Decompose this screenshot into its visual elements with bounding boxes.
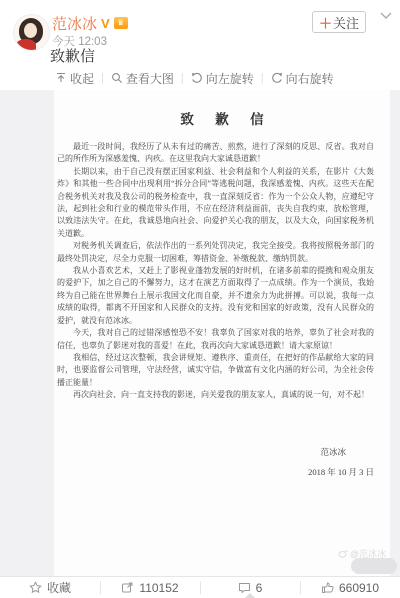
repost-count: 110152 xyxy=(139,581,178,595)
magnifier-icon xyxy=(111,72,123,84)
chevron-down-icon[interactable] xyxy=(378,10,394,22)
like-button[interactable]: 660910 xyxy=(300,577,400,598)
collapse-button[interactable]: 收起 xyxy=(55,70,94,87)
comment-count: 6 xyxy=(256,581,263,595)
collapse-up-icon xyxy=(55,72,67,84)
letter-signature-block: 范冰冰 2018 年 10 月 3 日 xyxy=(54,442,390,482)
letter-paragraph: 对税务机关调查后，依法作出的一系列处罚决定，我完全接受。我将按照税务部门的最终处… xyxy=(57,240,374,265)
collapse-label: 收起 xyxy=(70,70,94,87)
post-text: 致歉信 xyxy=(50,45,95,66)
repost-icon xyxy=(121,581,134,594)
comment-button[interactable]: 6 xyxy=(200,577,300,598)
follow-label: 关注 xyxy=(333,13,359,32)
star-icon xyxy=(29,581,42,594)
verified-v-icon: V xyxy=(101,16,110,31)
username-row: 范冰冰 V ♛ xyxy=(52,14,128,32)
letter-title: 致 歉 信 xyxy=(54,108,390,128)
username[interactable]: 范冰冰 xyxy=(52,13,97,34)
repost-button[interactable]: 110152 xyxy=(100,577,200,598)
image-toolbar: 收起 | 查看大图 | 向左旋转 | 向右旋转 xyxy=(0,66,400,90)
avatar[interactable] xyxy=(13,14,50,51)
weibo-logo-icon xyxy=(338,549,348,558)
like-count: 660910 xyxy=(339,581,379,595)
weibo-post-screen: 范冰冰 V ♛ 今天 12:03 致歉信 ＋ 关注 收起 | 查看大图 | xyxy=(0,0,400,598)
view-large-button[interactable]: 查看大图 xyxy=(111,70,174,87)
plus-icon: ＋ xyxy=(319,13,332,32)
letter-paragraph: 长期以来，由于自己没有摆正国家利益、社会利益和个人利益的关系，在影片《大轰炸》和… xyxy=(57,166,374,240)
vip-crown-icon: ♛ xyxy=(114,17,128,29)
toolbar-divider: | xyxy=(261,72,264,84)
image-area: 致 歉 信 最近一段时间，我经历了从未有过的痛苦、煎熬，进行了深刻的反思、反省。… xyxy=(0,90,400,576)
floating-pill[interactable] xyxy=(351,558,397,574)
rotate-left-icon xyxy=(191,72,203,84)
view-large-label: 查看大图 xyxy=(126,70,174,87)
letter-paragraph: 我从小喜欢艺术，又赶上了影视业蓬勃发展的好时机，在诸多前辈的提携和观众朋友的爱护… xyxy=(57,265,374,327)
toolbar-divider: | xyxy=(101,72,104,84)
letter-paragraph: 再次向社会、向一直支持我的影迷，向关爱我的朋友家人，真诚的说一句，对不起！ xyxy=(57,389,374,401)
signature-name: 范冰冰 xyxy=(54,442,390,462)
post-header: 范冰冰 V ♛ 今天 12:03 致歉信 ＋ 关注 xyxy=(0,0,400,62)
favorite-label: 收藏 xyxy=(47,579,71,596)
apology-letter-image[interactable]: 致 歉 信 最近一段时间，我经历了从未有过的痛苦、煎熬，进行了深刻的反思、反省。… xyxy=(54,90,390,576)
avatar-body xyxy=(16,39,36,51)
rotate-right-button[interactable]: 向右旋转 xyxy=(271,70,334,87)
follow-button[interactable]: ＋ 关注 xyxy=(312,11,366,33)
letter-paragraph: 今天，我对自己的过错深感惶恐不安！我辜负了国家对我的培养，辜负了社会对我的信任，… xyxy=(57,327,374,352)
thumbs-up-icon xyxy=(321,581,334,594)
signature-date: 2018 年 10 月 3 日 xyxy=(54,462,390,482)
rotate-right-icon xyxy=(271,72,283,84)
rotate-left-button[interactable]: 向左旋转 xyxy=(191,70,254,87)
letter-paragraph: 最近一段时间，我经历了从未有过的痛苦、煎熬，进行了深刻的反思、反省。我对自己的所… xyxy=(57,141,374,166)
letter-paragraph: 我相信，经过这次整顿，我会讲规矩、遵秩序、重责任，在把好的作品献给大家的同时，也… xyxy=(57,352,374,389)
rotate-left-label: 向左旋转 xyxy=(206,70,254,87)
rotate-right-label: 向右旋转 xyxy=(286,70,334,87)
toolbar-divider: | xyxy=(181,72,184,84)
active-tab-caret xyxy=(245,593,255,598)
favorite-button[interactable]: 收藏 xyxy=(0,577,100,598)
avatar-face xyxy=(24,23,37,38)
letter-body: 最近一段时间，我经历了从未有过的痛苦、煎熬，进行了深刻的反思、反省。我对自己的所… xyxy=(57,141,374,402)
action-bar: 收藏 110152 6 660910 xyxy=(0,576,400,598)
